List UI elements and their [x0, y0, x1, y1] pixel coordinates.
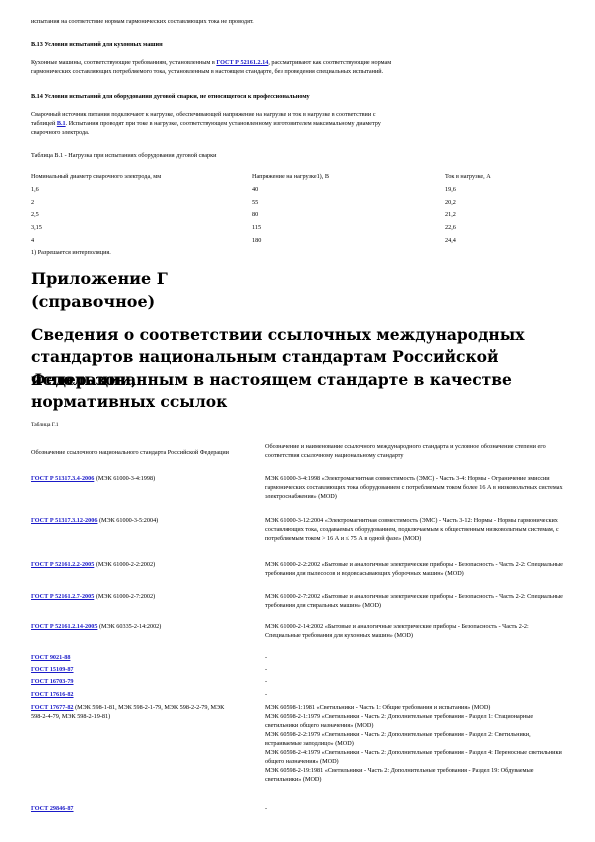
- paragraph-text: , рассматривают как соответствующие норм…: [268, 59, 391, 66]
- table-cell: 4: [31, 236, 34, 245]
- desc-line: МЭК 60598-2-4:1979 «Светильники - Часть …: [265, 748, 565, 766]
- table-cell: 1,6: [31, 185, 39, 194]
- table-cell: 22,6: [445, 223, 456, 232]
- table-cell: МЭК 61000-2-2:2002 «Бытовые и аналогичны…: [265, 560, 565, 578]
- table-cell: 3,15: [31, 223, 42, 232]
- table-cell: 20,2: [445, 198, 456, 207]
- table-cell: -: [265, 653, 565, 662]
- link-gost[interactable]: ГОСТ Р 51317.3.4-2006: [31, 475, 94, 482]
- link-gost[interactable]: ГОСТ Р 51317.3.12-2006: [31, 517, 97, 524]
- table-cell: 180: [252, 236, 261, 245]
- desc-line: МЭК 60598-1:1981 «Светильники - Часть 1:…: [265, 703, 565, 712]
- table-cell: 2: [31, 198, 34, 207]
- appendix-subtitle: (справочное): [31, 292, 155, 312]
- table-cell: МЭК 61000-2-7:2002 «Бытовые и аналогичны…: [265, 592, 565, 610]
- link-gost[interactable]: ГОСТ 16703-79: [31, 678, 74, 685]
- table-footnote: 1) Разрешается интерполяция.: [31, 248, 111, 257]
- link-gost[interactable]: ГОСТ 17616-82: [31, 691, 74, 698]
- paragraph-line: испытания на соответствие нормам гармони…: [31, 17, 254, 26]
- table-cell: -: [265, 665, 565, 674]
- table-cell: 2,5: [31, 210, 39, 219]
- heading-line: использованным в настоящем стандарте в к…: [31, 369, 591, 392]
- section-heading-b13: В.13 Условия испытаний для кухонных маши…: [31, 40, 163, 49]
- link-gost[interactable]: ГОСТ 15109-87: [31, 666, 74, 673]
- link-gost[interactable]: ГОСТ Р 52161.2.14-2005: [31, 623, 97, 630]
- paragraph-text: . Испытания проводят при токе в нагрузке…: [66, 120, 381, 127]
- appendix-title: Приложение Г: [31, 269, 168, 289]
- paragraph-text: Сварочный источник питания подключают к …: [31, 111, 375, 118]
- table-cell: 21,2: [445, 210, 456, 219]
- column-header: Обозначение и наименование ссылочного ме…: [265, 442, 565, 460]
- link-gost[interactable]: ГОСТ 17677-82: [31, 704, 74, 711]
- paragraph-text: таблицей: [31, 120, 57, 127]
- iec-reference: (МЭК 61000-3-5:2004): [97, 517, 158, 524]
- column-header: Обозначение ссылочного национального ста…: [31, 448, 246, 457]
- table-cell: 55: [252, 198, 258, 207]
- column-header: Номинальный диаметр сварочного электрода…: [31, 172, 161, 181]
- link-gost-52161-2-14[interactable]: ГОСТ Р 52161.2.14: [216, 59, 268, 66]
- link-gost[interactable]: ГОСТ Р 52161.2.2-2005: [31, 561, 94, 568]
- iec-reference: (МЭК 60335-2-14:2002): [97, 623, 161, 630]
- table-cell: -: [265, 804, 565, 813]
- table-cell: -: [265, 677, 565, 686]
- table-cell: -: [265, 690, 565, 699]
- table-cell: 24,4: [445, 236, 456, 245]
- link-table-b1[interactable]: В.1: [57, 120, 66, 127]
- paragraph-text: Кухонные машины, соответствующие требова…: [31, 59, 216, 66]
- desc-line: МЭК 60598-2-2:1979 «Светильники - Часть …: [265, 730, 565, 748]
- iec-reference: (МЭК 61000-2-2:2002): [94, 561, 155, 568]
- paragraph-text: гармонических составляющих потребляемого…: [31, 68, 383, 75]
- link-gost[interactable]: ГОСТ 29846-87: [31, 805, 74, 812]
- link-gost[interactable]: ГОСТ 9021-88: [31, 654, 70, 661]
- heading-line: Сведения о соответствии ссылочных междун…: [31, 324, 591, 347]
- column-header: Ток в нагрузке, А: [445, 172, 491, 181]
- iec-reference: (МЭК 61000-2-7:2002): [94, 593, 155, 600]
- table-cell: 115: [252, 223, 261, 232]
- paragraph-b14: Сварочный источник питания подключают к …: [31, 110, 576, 137]
- table-cell: МЭК 61000-2-14:2002 «Бытовые и аналогичн…: [265, 622, 565, 640]
- table-cell: 40: [252, 185, 258, 194]
- link-gost[interactable]: ГОСТ Р 52161.2.7-2005: [31, 593, 94, 600]
- column-header: Напряжение на нагрузке1), В: [252, 172, 329, 181]
- table-cell: МЭК 61000-3-12:2004 «Электромагнитная со…: [265, 516, 565, 543]
- section-heading-b14: В.14 Условия испытаний для оборудования …: [31, 92, 310, 101]
- iec-reference: (МЭК 61000-3-4:1998): [94, 475, 155, 482]
- table-cell: МЭК 61000-3-4:1998 «Электромагнитная сов…: [265, 474, 565, 501]
- desc-line: МЭК 60598-2-19:1981 «Светильники - Часть…: [265, 766, 565, 784]
- paragraph-text: сварочного электрода.: [31, 129, 89, 136]
- table-caption-b1: Таблица В.1 - Нагрузка при испытаниях об…: [31, 151, 216, 160]
- table-cell: 80: [252, 210, 258, 219]
- paragraph-b13: Кухонные машины, соответствующие требова…: [31, 58, 576, 76]
- heading-line: нормативных ссылок: [31, 391, 591, 414]
- table-caption-g1: Таблица Г.1: [31, 421, 58, 430]
- table-cell: МЭК 60598-1:1981 «Светильники - Часть 1:…: [265, 703, 565, 784]
- table-cell: 19,6: [445, 185, 456, 194]
- desc-line: МЭК 60598-2-1:1979 «Светильники - Часть …: [265, 712, 565, 730]
